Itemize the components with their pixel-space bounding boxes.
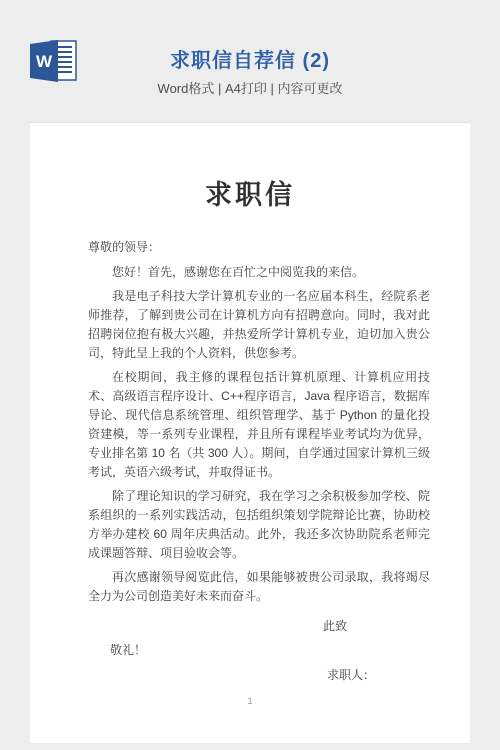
closing-cizhi: 此致	[323, 617, 430, 636]
file-title: 求职信自荐信 (2)	[0, 44, 500, 73]
paragraph: 除了理论知识的学习研究，我在学习之余积极参加学校、院系组织的一系列实践活动，包括…	[88, 487, 430, 563]
closing-jingli: 敬礼！	[110, 641, 430, 660]
paragraph: 再次感谢领导阅览此信，如果能够被贵公司录取，我将竭尽全力为公司创造美好未来而奋斗…	[88, 568, 430, 606]
paragraph: 我是电子科技大学计算机专业的一名应届本科生，经院系老师推荐，了解到贵公司在计算机…	[88, 287, 430, 363]
page-number: 1	[30, 696, 470, 706]
document-title: 求职信	[30, 123, 470, 212]
paragraph: 您好！首先，感谢您在百忙之中阅览我的来信。	[88, 263, 430, 282]
preview-header: W 求职信自荐信 (2) Word格式 | A4打印 | 内容可更改	[0, 0, 500, 122]
file-format-subtitle: Word格式 | A4打印 | 内容可更改	[0, 78, 500, 97]
salutation: 尊敬的领导：	[88, 238, 430, 257]
document-page: 求职信 尊敬的领导： 您好！首先，感谢您在百忙之中阅览我的来信。 我是电子科技大…	[30, 122, 470, 743]
signer-label: 求职人：	[327, 666, 430, 685]
paragraph: 在校期间，我主修的课程包括计算机原理、计算机应用技术、高级语言程序设计、C++程…	[88, 368, 430, 482]
document-body: 尊敬的领导： 您好！首先，感谢您在百忙之中阅览我的来信。 我是电子科技大学计算机…	[30, 212, 470, 685]
